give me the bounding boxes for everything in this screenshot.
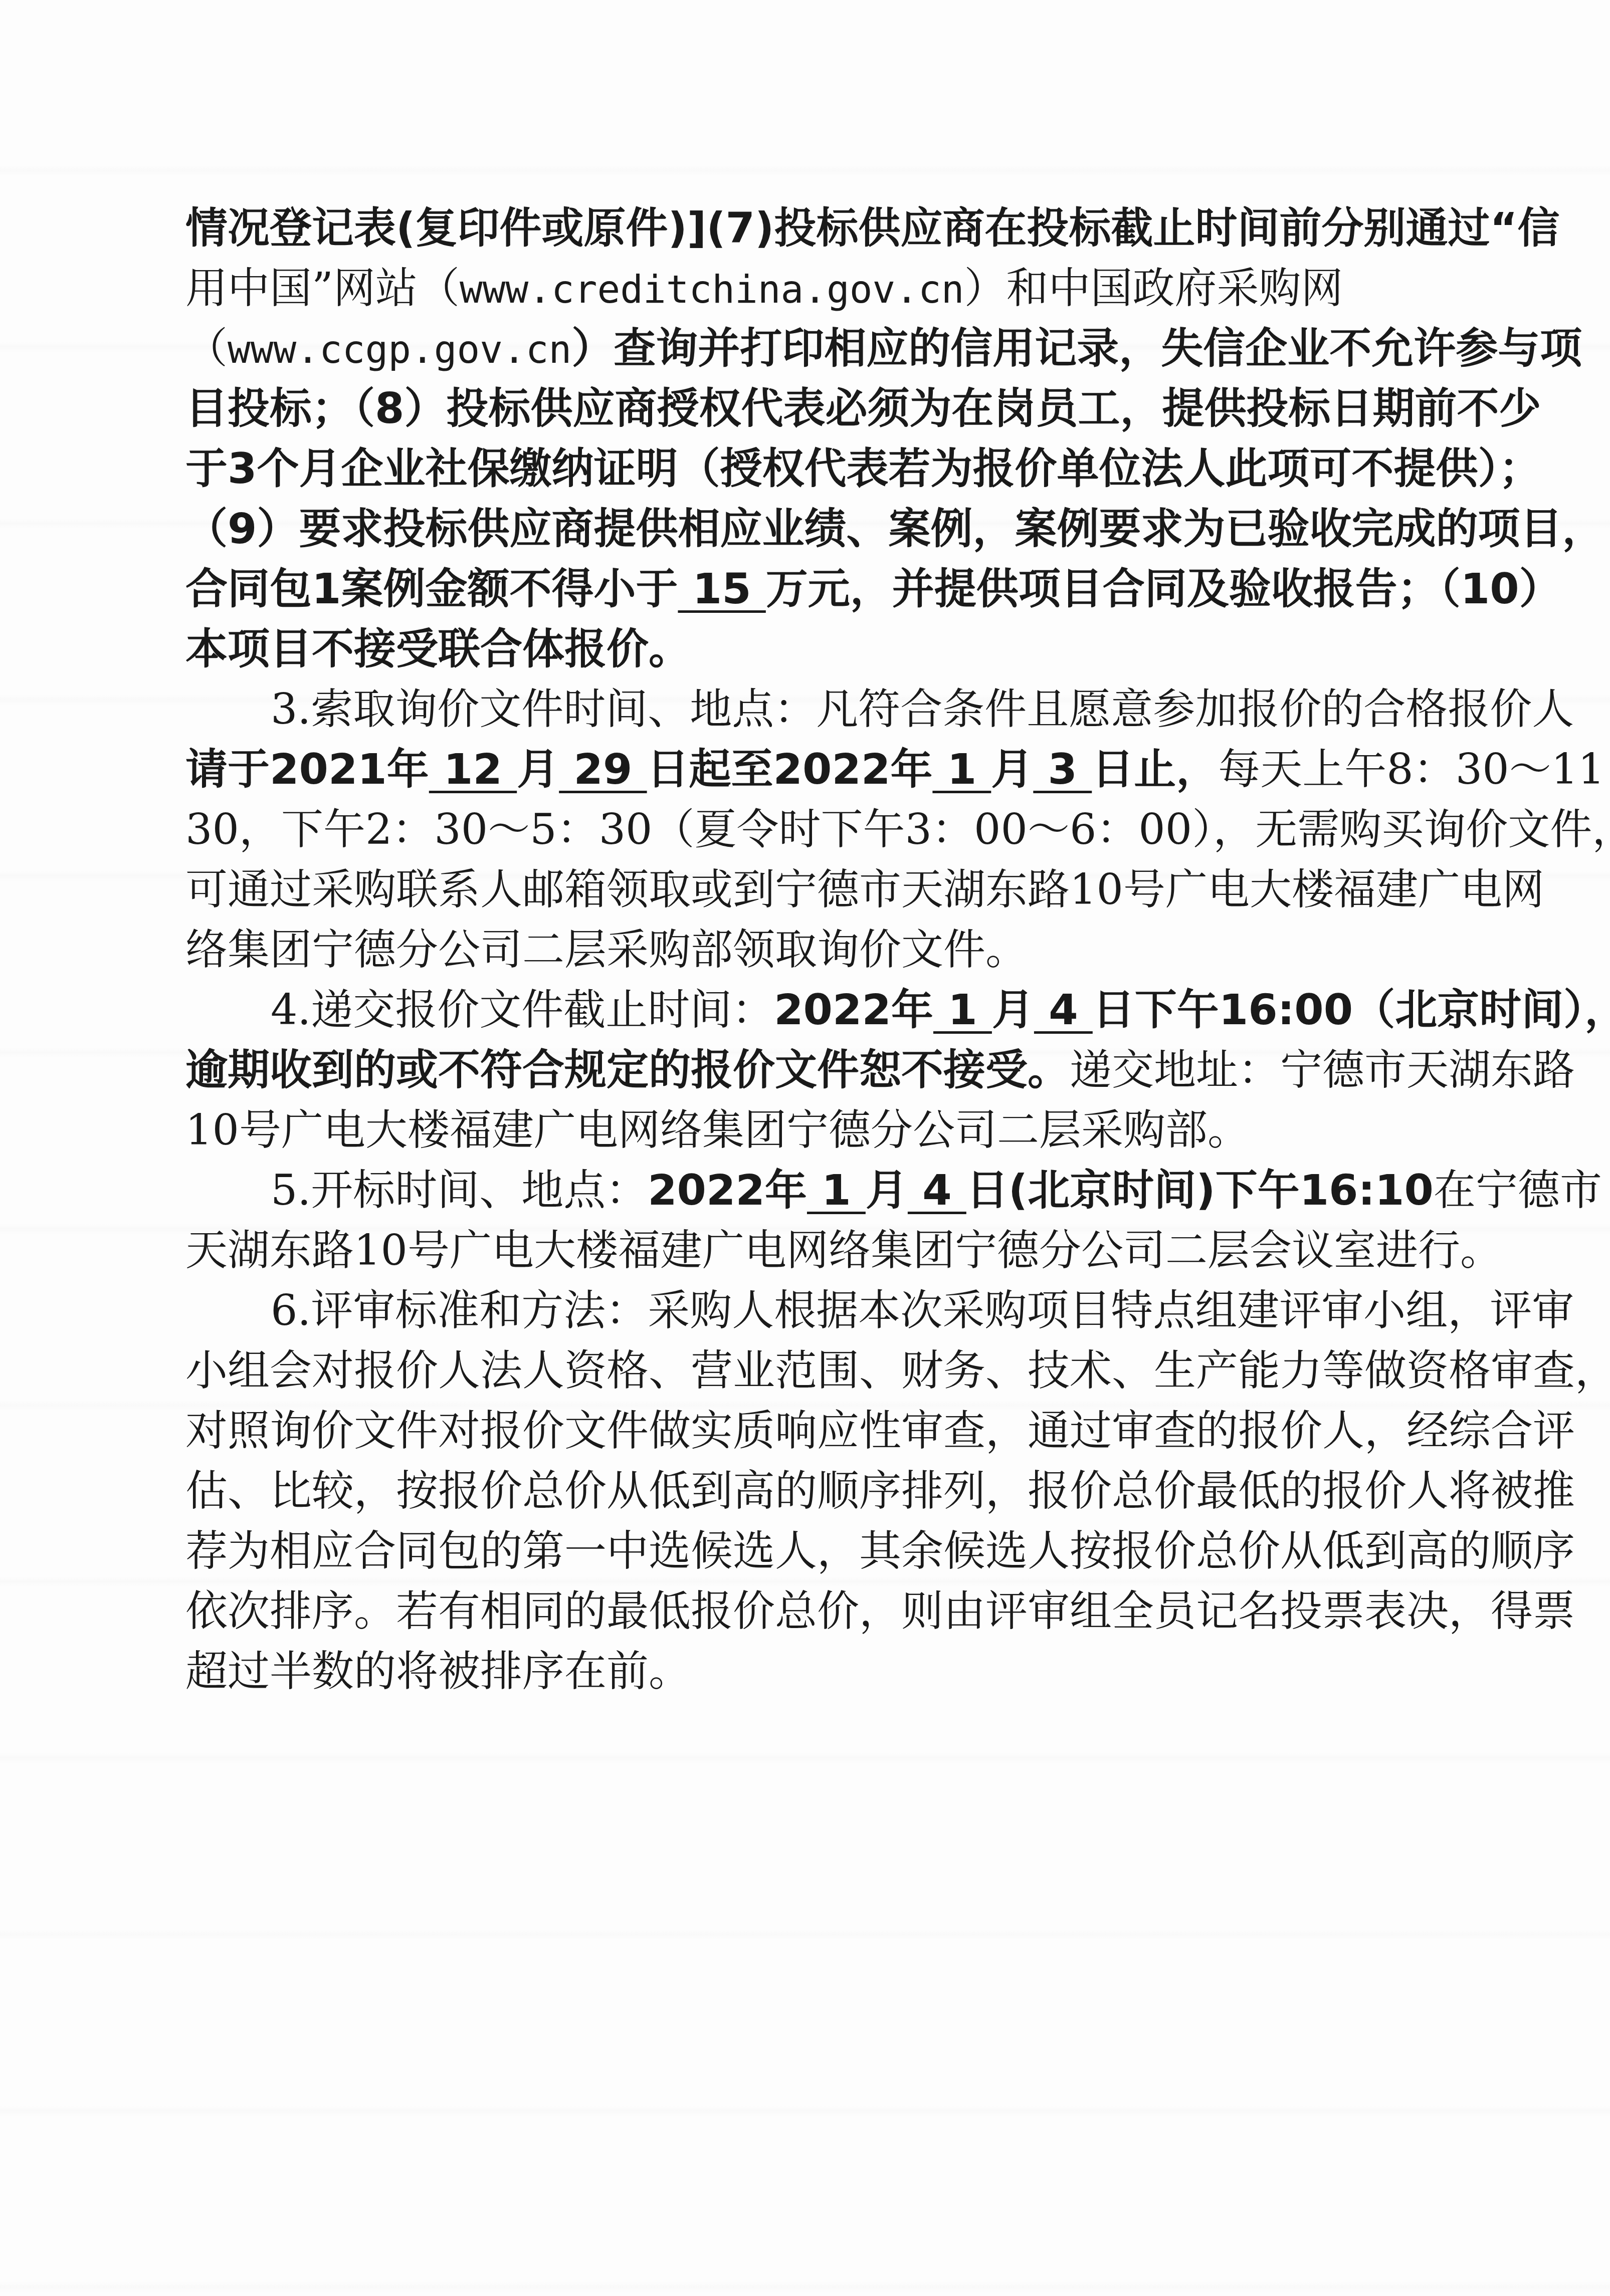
text-line: 超过半数的将被排序在前。: [185, 1644, 1461, 1699]
text-span: 日起至2022年: [647, 745, 933, 794]
text-line: 目投标；（8）投标供应商授权代表必须为在岗员工，提供投标日期前不少: [185, 381, 1461, 436]
text-span: 2022年: [774, 985, 933, 1034]
text-line: 依次排序。若有相同的最低报价总价，则由评审组全员记名投票表决，得票: [185, 1583, 1461, 1639]
text-line: 络集团宁德分公司二层采购部领取询价文件。: [185, 922, 1461, 977]
text-span: ）查询并打印相应的信用记录，失信企业不允许参与项: [571, 324, 1582, 373]
text-span: 日止，: [1092, 745, 1218, 794]
text-span: 月: [866, 1166, 908, 1215]
text-line: 天湖东路10号广电大楼福建广电网络集团宁德分公司二层会议室进行。: [185, 1223, 1461, 1278]
text-line: 3.索取询价文件时间、地点：凡符合条件且愿意参加报价的合格报价人: [271, 681, 1461, 737]
text-span: 情况登记表(复印件或原件)](7)投标供应商在投标截止时间前分别通过“信: [185, 203, 1560, 253]
text-span: 可通过采购联系人邮箱领取或到宁德市天湖东路10号广电大楼福建广电网: [185, 865, 1544, 914]
text-line: 估、比较，按报价总价从低到高的顺序排列，报价总价最低的报价人将被推: [185, 1463, 1461, 1518]
text-line: 6.评审标准和方法：采购人根据本次采购项目特点组建评审小组，评审: [271, 1283, 1461, 1338]
text-span: 逾期收到的或不符合规定的报价文件恕不接受。: [185, 1045, 1070, 1094]
underlined-value: 3: [1033, 745, 1092, 794]
text-span: （9）要求投标供应商提供相应业绩、案例，案例要求为已验收完成的项目，: [185, 504, 1604, 553]
text-span: 2022年: [648, 1166, 807, 1215]
text-span: 日(北京时间)下午16:10: [966, 1166, 1434, 1215]
text-line: （9）要求投标供应商提供相应业绩、案例，案例要求为已验收完成的项目，: [185, 501, 1461, 556]
scanned-document-page: 情况登记表(复印件或原件)](7)投标供应商在投标截止时间前分别通过“信用中国”…: [0, 0, 1610, 2296]
text-line: 可通过采购联系人邮箱领取或到宁德市天湖东路10号广电大楼福建广电网: [185, 862, 1461, 917]
text-span: 小组会对报价人法人资格、营业范围、财务、技术、生产能力等做资格审查，: [185, 1346, 1610, 1395]
underlined-value: 15: [678, 564, 765, 613]
text-span: 估、比较，按报价总价从低到高的顺序排列，报价总价最低的报价人将被推: [185, 1466, 1575, 1515]
text-span: 依次排序。若有相同的最低报价总价，则由评审组全员记名投票表决，得票: [185, 1586, 1575, 1636]
text-line: 用中国”网站（www.creditchina.gov.cn）和中国政府采购网: [185, 261, 1461, 316]
text-span: 络集团宁德分公司二层采购部领取询价文件。: [185, 925, 1028, 974]
text-span: （: [185, 324, 228, 373]
text-line: 荐为相应合同包的第一中选候选人，其余候选人按报价总价从低到高的顺序: [185, 1523, 1461, 1578]
text-span: 月: [517, 745, 559, 794]
text-span: 请于2021年: [185, 745, 429, 794]
text-line: 情况登记表(复印件或原件)](7)投标供应商在投标截止时间前分别通过“信: [185, 200, 1461, 256]
text-span: 万元，并提供项目合同及验收报告；（10）: [766, 564, 1561, 613]
text-span: 超过半数的将被排序在前。: [185, 1647, 691, 1696]
url-text: www.creditchina.gov.cn: [460, 267, 964, 312]
text-span: 日下午16:00（北京时间），: [1093, 985, 1610, 1034]
text-span: 于3个月企业社保缴纳证明（授权代表若为报价单位法人此项可不提供）；: [185, 444, 1541, 493]
text-span: 月: [991, 745, 1033, 794]
text-line: 5.开标时间、地点：2022年 1 月 4 日(北京时间)下午16:10在宁德市: [271, 1163, 1461, 1218]
text-span: 5.开标时间、地点：: [271, 1166, 648, 1215]
text-span: 递交地址：宁德市天湖东路: [1070, 1045, 1575, 1094]
text-line: 请于2021年 12 月 29 日起至2022年 1 月 3 日止，每天上午8：…: [185, 742, 1461, 797]
text-line: 小组会对报价人法人资格、营业范围、财务、技术、生产能力等做资格审查，: [185, 1343, 1461, 1398]
text-line: 4.递交报价文件截止时间：2022年 1 月 4 日下午16:00（北京时间），: [271, 982, 1461, 1037]
text-span: 3.索取询价文件时间、地点：凡符合条件且愿意参加报价的合格报价人: [271, 684, 1574, 734]
underlined-value: 4: [908, 1166, 966, 1215]
text-span: 本项目不接受联合体报价。: [185, 624, 691, 673]
text-line: 对照询价文件对报价文件做实质响应性审查，通过审查的报价人，经综合评: [185, 1403, 1461, 1458]
text-line: 逾期收到的或不符合规定的报价文件恕不接受。递交地址：宁德市天湖东路: [185, 1042, 1461, 1097]
text-span: 用中国”网站（: [185, 264, 460, 313]
text-line: 10号广电大楼福建广电网络集团宁德分公司二层采购部。: [185, 1102, 1461, 1158]
text-span: ）和中国政府采购网: [964, 264, 1343, 313]
underlined-value: 4: [1034, 985, 1093, 1034]
text-line: 合同包1案例金额不得小于 15 万元，并提供项目合同及验收报告；（10）: [185, 561, 1461, 616]
text-line: 30，下午2：30～5：30（夏令时下午3：00～6：00），无需购买询价文件，: [185, 802, 1461, 857]
text-span: 6.评审标准和方法：采购人根据本次采购项目特点组建评审小组，评审: [271, 1286, 1574, 1335]
text-span: 月: [992, 985, 1034, 1034]
underlined-value: 1: [807, 1166, 866, 1215]
text-span: 合同包1案例金额不得小于: [185, 564, 678, 613]
text-span: 对照询价文件对报价文件做实质响应性审查，通过审查的报价人，经综合评: [185, 1406, 1575, 1455]
text-span: 每天上午8：30～11：: [1218, 745, 1610, 794]
text-span: 荐为相应合同包的第一中选候选人，其余候选人按报价总价从低到高的顺序: [185, 1526, 1575, 1575]
text-span: 10号广电大楼福建广电网络集团宁德分公司二层采购部。: [185, 1105, 1250, 1155]
underlined-value: 1: [933, 985, 992, 1034]
underlined-value: 12: [429, 745, 517, 794]
text-span: 30，下午2：30～5：30（夏令时下午3：00～6：00），无需购买询价文件，: [185, 805, 1610, 854]
text-span: 在宁德市: [1434, 1166, 1602, 1215]
underlined-value: 1: [932, 745, 991, 794]
text-span: 天湖东路10号广电大楼福建广电网络集团宁德分公司二层会议室进行。: [185, 1226, 1502, 1275]
url-text: www.ccgp.gov.cn: [228, 327, 571, 372]
underlined-value: 29: [559, 745, 647, 794]
text-line: 本项目不接受联合体报价。: [185, 621, 1461, 676]
text-span: 4.递交报价文件截止时间：: [271, 985, 774, 1034]
text-span: 目投标；（8）投标供应商授权代表必须为在岗员工，提供投标日期前不少: [185, 384, 1541, 433]
text-line: （www.ccgp.gov.cn）查询并打印相应的信用记录，失信企业不允许参与项: [185, 321, 1461, 376]
text-line: 于3个月企业社保缴纳证明（授权代表若为报价单位法人此项可不提供）；: [185, 441, 1461, 496]
